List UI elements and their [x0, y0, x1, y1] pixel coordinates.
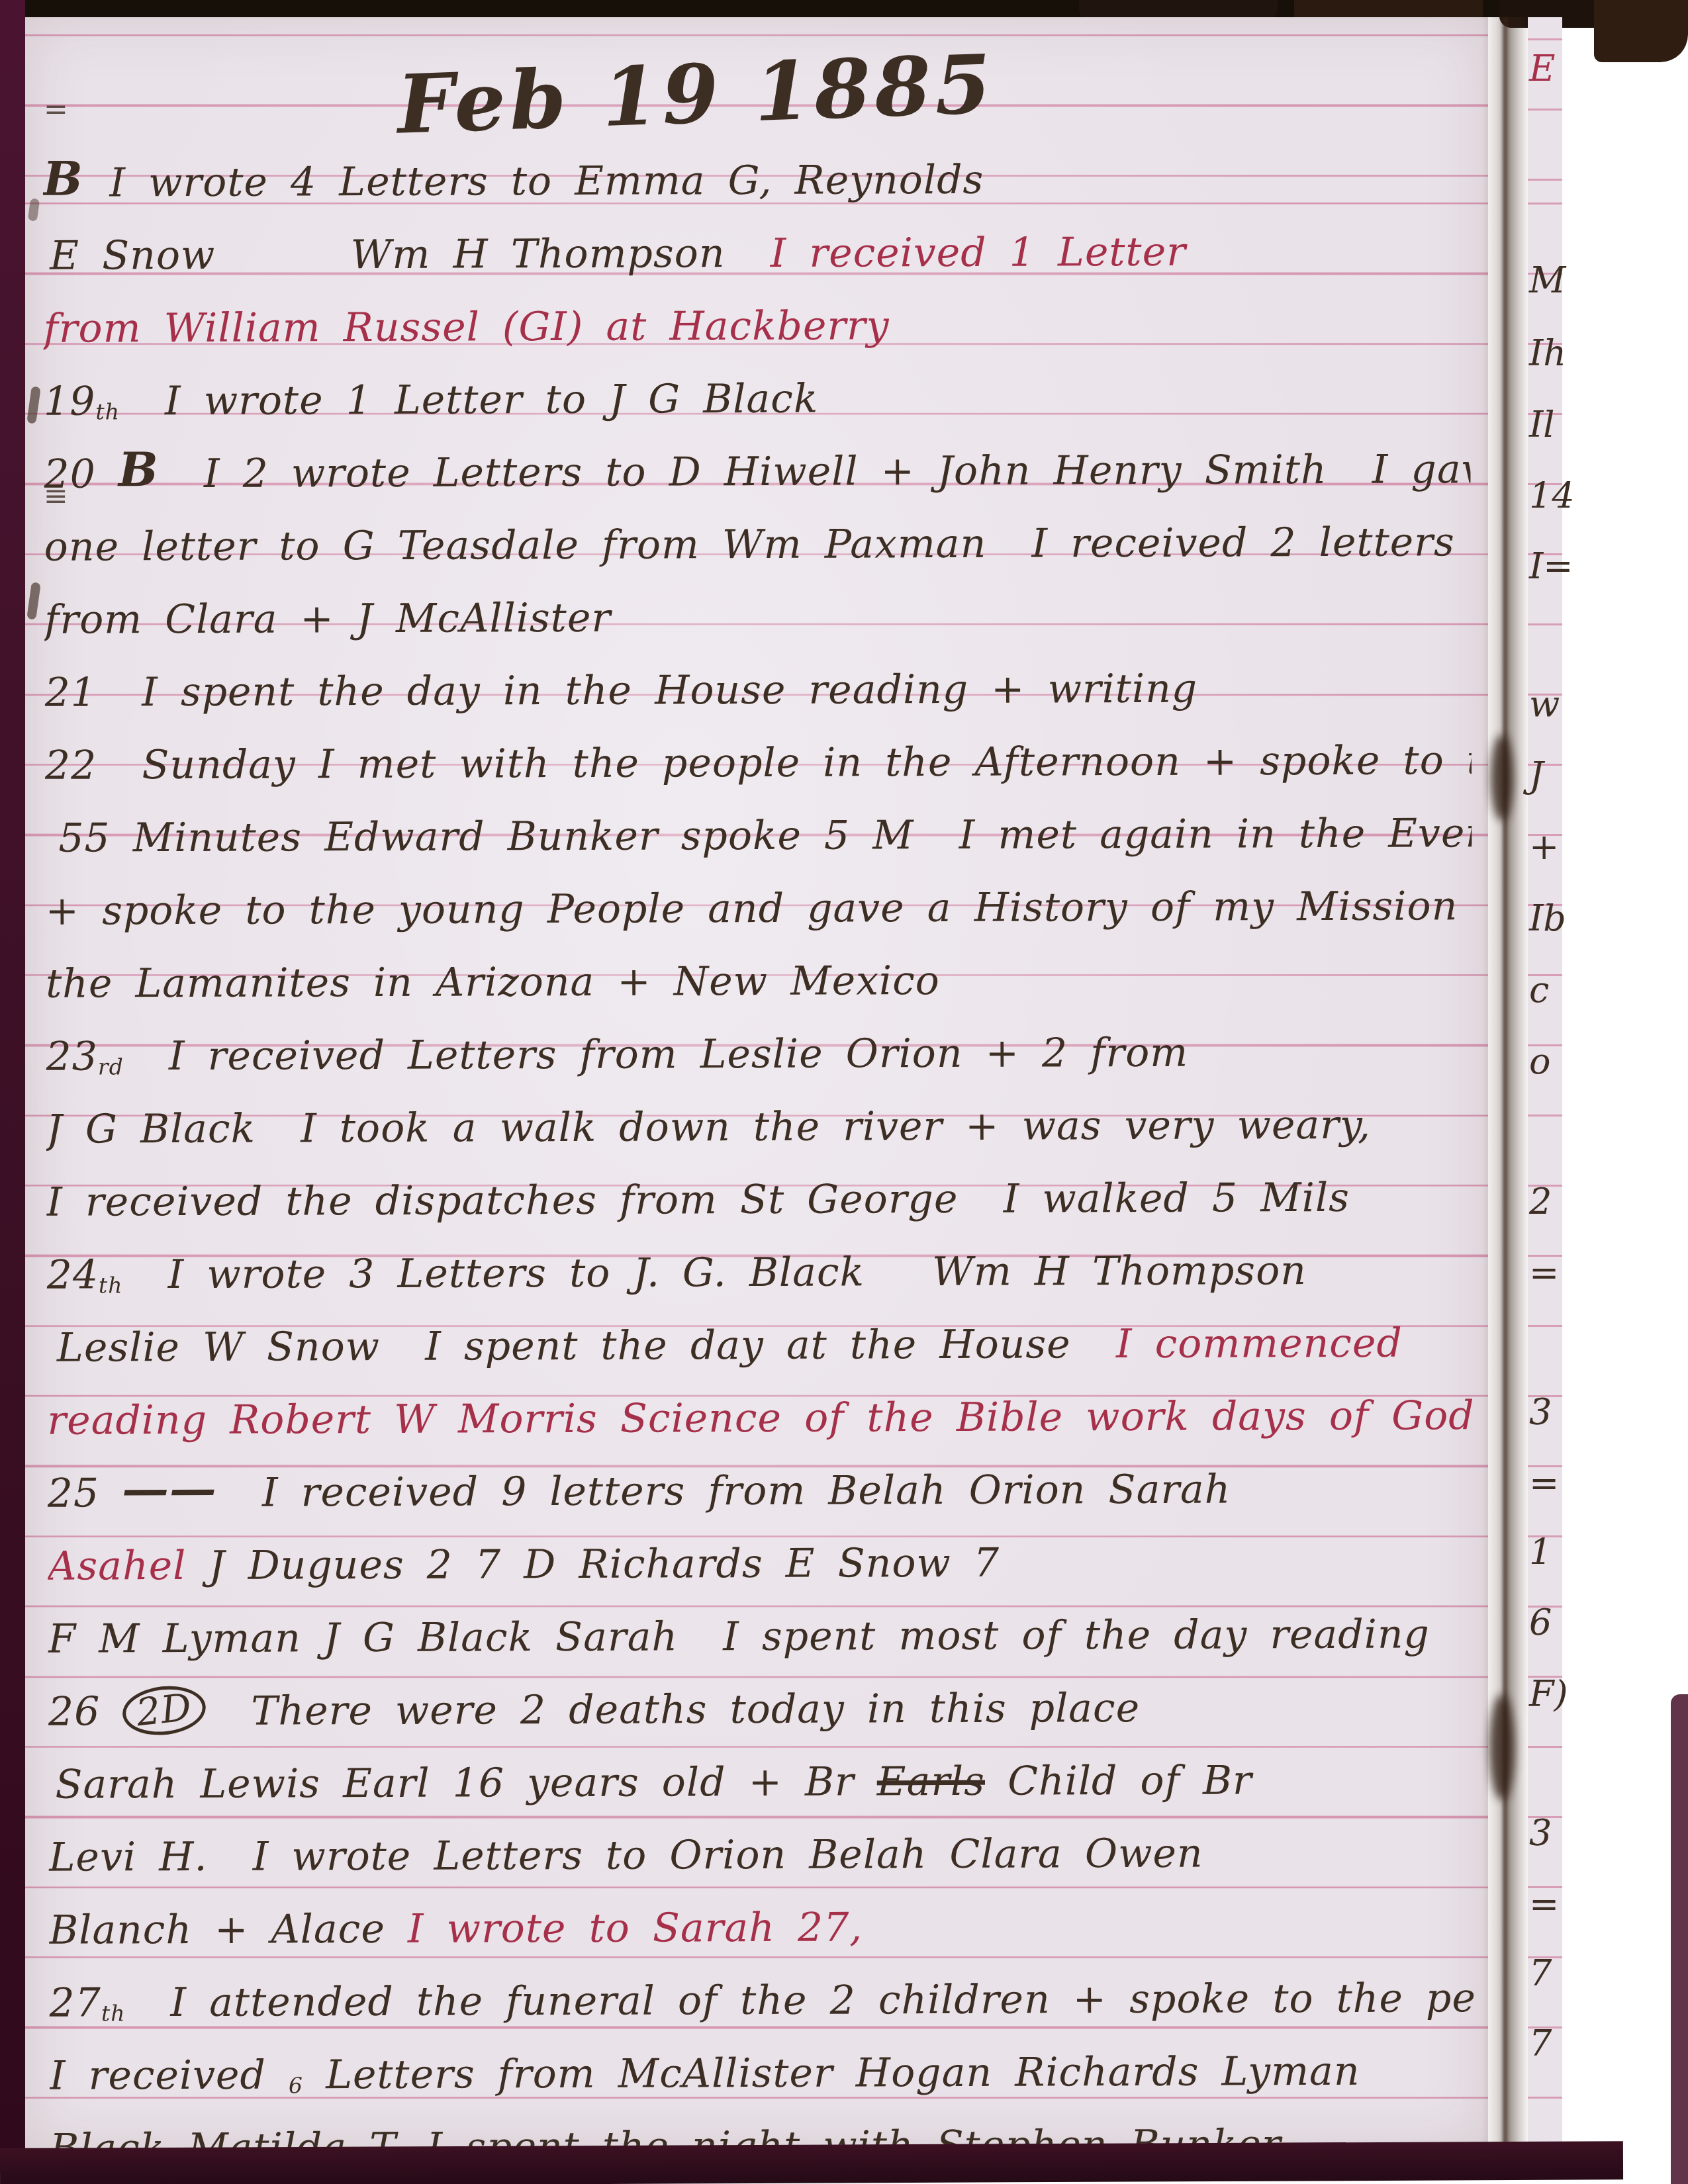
journal-line: 24th I wrote 3 Letters to J. G. Black Wm…: [46, 1223, 1473, 1301]
journal-text-segment: 26: [48, 1688, 123, 1735]
journal-text-segment: + spoke to the young People and gave a H…: [46, 883, 1477, 934]
journal-text-segment: I wrote 3 Letters to J. G. Black Wm H Th…: [122, 1248, 1307, 1298]
journal-line: Blanch + Alace I wrote to Sarah 27,: [49, 1878, 1476, 1956]
journal-text-segment: 6: [289, 2072, 303, 2098]
journal-text-segment: 21 I spent the day in the House reading …: [44, 666, 1197, 716]
next-page-text-fragment: =: [1529, 1252, 1559, 1294]
journal-text-segment: F M Lyman J G Black Sarah I spent most o…: [48, 1611, 1430, 1662]
journal-text-segment: J Dugues 2 7 D Richards E Snow 7: [186, 1540, 1000, 1589]
next-page-text-fragment: 3: [1529, 1391, 1552, 1433]
journal-text-segment: 24: [47, 1251, 99, 1298]
journal-lines: B I wrote 4 Letters to Emma G, ReynoldsE…: [43, 131, 1477, 2175]
journal-line: Sarah Lewis Earl 16 years old + Br Earls…: [48, 1733, 1475, 1811]
next-page-text-fragment: 7: [1529, 1952, 1552, 1994]
next-page-text-fragment: F): [1529, 1673, 1568, 1715]
journal-line: the Lamanites in Arizona + New Mexico: [46, 932, 1472, 1010]
journal-text-segment: I received 1 Letter: [770, 229, 1186, 277]
journal-line: 21 I spent the day in the House reading …: [44, 641, 1471, 719]
journal-line: I received the dispatches from St George…: [46, 1150, 1473, 1228]
next-page-text-fragment: 14: [1529, 475, 1575, 517]
journal-line: Asahel J Dugues 2 7 D Richards E Snow 7: [48, 1514, 1474, 1592]
journal-text-segment: Sarah Lewis Earl 16 years old + Br: [55, 1758, 877, 1807]
journal-text-segment: ——: [122, 1461, 217, 1517]
journal-text-segment: 19: [44, 378, 96, 424]
journal-text-segment: th: [101, 2000, 126, 2026]
next-page-text-fragment: c: [1529, 969, 1549, 1011]
journal-line: 20 B I 2 wrote Letters to D Hiwell + Joh…: [44, 422, 1470, 500]
journal-text-segment: reading Robert W Morris Science of the B…: [47, 1392, 1475, 1444]
journal-text-segment: 55 Minutes Edward Bunker spoke 5 M I met…: [58, 810, 1476, 862]
journal-line: from William Russel (GI) at Hackberry: [43, 277, 1470, 355]
next-page-text-fragment: 3: [1529, 1812, 1552, 1854]
journal-line: B I wrote 4 Letters to Emma G, Reynolds: [43, 131, 1470, 209]
margin-pen-mark: =: [44, 93, 68, 126]
gutter-smudge: [1489, 1694, 1515, 1800]
journal-line: 22 Sunday I met with the people in the A…: [45, 713, 1472, 792]
journal-text-segment: I wrote to Sarah 27,: [408, 1904, 863, 1952]
next-page-text-fragment: =: [1529, 1463, 1559, 1504]
book-edge-right: [1671, 1694, 1688, 2184]
journal-line: 26 2D There were 2 deaths today in this …: [48, 1660, 1475, 1738]
journal-text-segment: 25: [48, 1470, 122, 1516]
journal-text-segment: There were 2 deaths today in this place: [206, 1685, 1140, 1735]
journal-text-segment: I received Letters from Leslie Orion + 2…: [124, 1030, 1189, 1080]
next-page-sliver: EMIhIl14I=wJ+Ibco2=3=16F)3=77: [1528, 17, 1562, 2146]
journal-text-segment: Blanch + Alace: [49, 1906, 408, 1954]
next-page-text-fragment: J: [1529, 754, 1544, 796]
journal-text-segment: 23: [46, 1033, 98, 1079]
journal-line: 55 Minutes Edward Bunker spoke 5 M I met…: [45, 786, 1472, 864]
next-page-text-fragment: o: [1529, 1040, 1551, 1082]
next-page-text-fragment: =: [1529, 1884, 1559, 1925]
journal-line: reading Robert W Morris Science of the B…: [47, 1369, 1474, 1447]
journal-text-segment: th: [99, 1272, 123, 1298]
journal-line: F M Lyman J G Black Sarah I spent most o…: [48, 1587, 1474, 1665]
book-edge-bottom: [0, 2141, 1623, 2184]
journal-text-segment: I wrote 1 Letter to J G Black: [120, 376, 819, 425]
journal-line: 27th I attended the funeral of the 2 chi…: [49, 1951, 1476, 2029]
journal-text-segment: Leslie W Snow I spent the day at the Hou…: [57, 1321, 1116, 1371]
journal-line: + spoke to the young People and gave a H…: [45, 859, 1472, 937]
next-page-text-fragment: 6: [1529, 1602, 1552, 1643]
journal-text-segment: Asahel: [48, 1543, 186, 1590]
journal-text-segment: Child of Br: [985, 1757, 1252, 1804]
journal-text-segment: B: [118, 442, 159, 497]
journal-text-segment: 2D: [120, 1682, 209, 1739]
gutter-smudge: [1491, 735, 1513, 821]
journal-text-segment: th: [95, 398, 120, 424]
journal-scan: EMIhIl14I=wJ+Ibco2=3=16F)3=77 Feb 19 188…: [0, 0, 1688, 2184]
journal-text-segment: I commenced: [1116, 1320, 1403, 1368]
journal-line: from Clara + J McAllister: [44, 568, 1471, 646]
journal-text-segment: I received 9 letters from Belah Orion Sa…: [217, 1467, 1231, 1516]
journal-text-segment: rd: [98, 1054, 124, 1079]
next-page-text-fragment: Ih: [1529, 332, 1566, 374]
next-page-text-fragment: E: [1529, 48, 1555, 89]
next-page-text-fragment: I=: [1529, 545, 1573, 587]
journal-text-segment: Letters from McAllister Hogan Richards L…: [303, 2048, 1360, 2099]
journal-line: I received 6 Letters from McAllister Hog…: [50, 2024, 1476, 2102]
journal-text-segment: I 2 wrote Letters to D Hiwell + John Hen…: [159, 446, 1477, 497]
journal-line: Leslie W Snow I spent the day at the Hou…: [47, 1296, 1474, 1374]
journal-line: Levi H. I wrote Letters to Orion Belah C…: [48, 1805, 1475, 1884]
journal-text-segment: one letter to G Teasdale from Wm Paxman …: [44, 519, 1455, 570]
journal-text-segment: I wrote 4 Letters to Emma G, Reynolds: [109, 157, 984, 206]
journal-text-segment: the Lamanites in Arizona + New Mexico: [46, 958, 940, 1007]
journal-text-segment: I received the dispatches from St George…: [46, 1175, 1350, 1226]
journal-line: 19th I wrote 1 Letter to J G Black: [44, 349, 1470, 428]
journal-line: E Snow Wm H Thompson I received 1 Letter: [43, 204, 1470, 282]
journal-text-segment: I received: [50, 2052, 289, 2099]
journal-line: J G Black I took a walk down the river +…: [46, 1077, 1473, 1156]
journal-line: one letter to G Teasdale from Wm Paxman …: [44, 495, 1471, 573]
journal-line: 25 —— I received 9 letters from Belah Or…: [48, 1441, 1474, 1520]
next-page-text-fragment: w: [1529, 683, 1560, 725]
journal-text-segment: Earls: [877, 1758, 985, 1805]
next-page-text-fragment: Il: [1529, 404, 1555, 445]
journal-text-segment: J G Black I took a walk down the river +…: [46, 1102, 1371, 1153]
margin-pen-mark: ≡: [44, 479, 68, 513]
journal-text-segment: Levi H. I wrote Letters to Orion Belah C…: [49, 1831, 1203, 1881]
journal-text-segment: 27: [49, 1979, 101, 2026]
journal-text-segment: B: [43, 151, 110, 206]
next-page-text-fragment: Ib: [1529, 897, 1566, 939]
journal-text-segment: E Snow Wm H Thompson: [50, 230, 771, 279]
next-page-text-fragment: +: [1529, 826, 1559, 868]
next-page-text-fragment: M: [1529, 259, 1566, 301]
journal-text-segment: from Clara + J McAllister: [44, 595, 611, 643]
next-page-text-fragment: 7: [1529, 2023, 1552, 2064]
book-cover-left: [0, 0, 25, 2165]
page-gutter-line: [1503, 17, 1508, 2150]
journal-line: 23rd I received Letters from Leslie Orio…: [46, 1005, 1472, 1083]
next-page-text-fragment: 1: [1529, 1531, 1552, 1573]
journal-text-segment: 22 Sunday I met with the people in the A…: [45, 737, 1477, 789]
book-edge-blob: [1594, 0, 1688, 62]
next-page-text-fragment: 2: [1529, 1181, 1552, 1222]
journal-text-segment: I attended the funeral of the 2 children…: [125, 1975, 1476, 2026]
journal-text-segment: from William Russel (GI) at Hackberry: [44, 302, 890, 351]
